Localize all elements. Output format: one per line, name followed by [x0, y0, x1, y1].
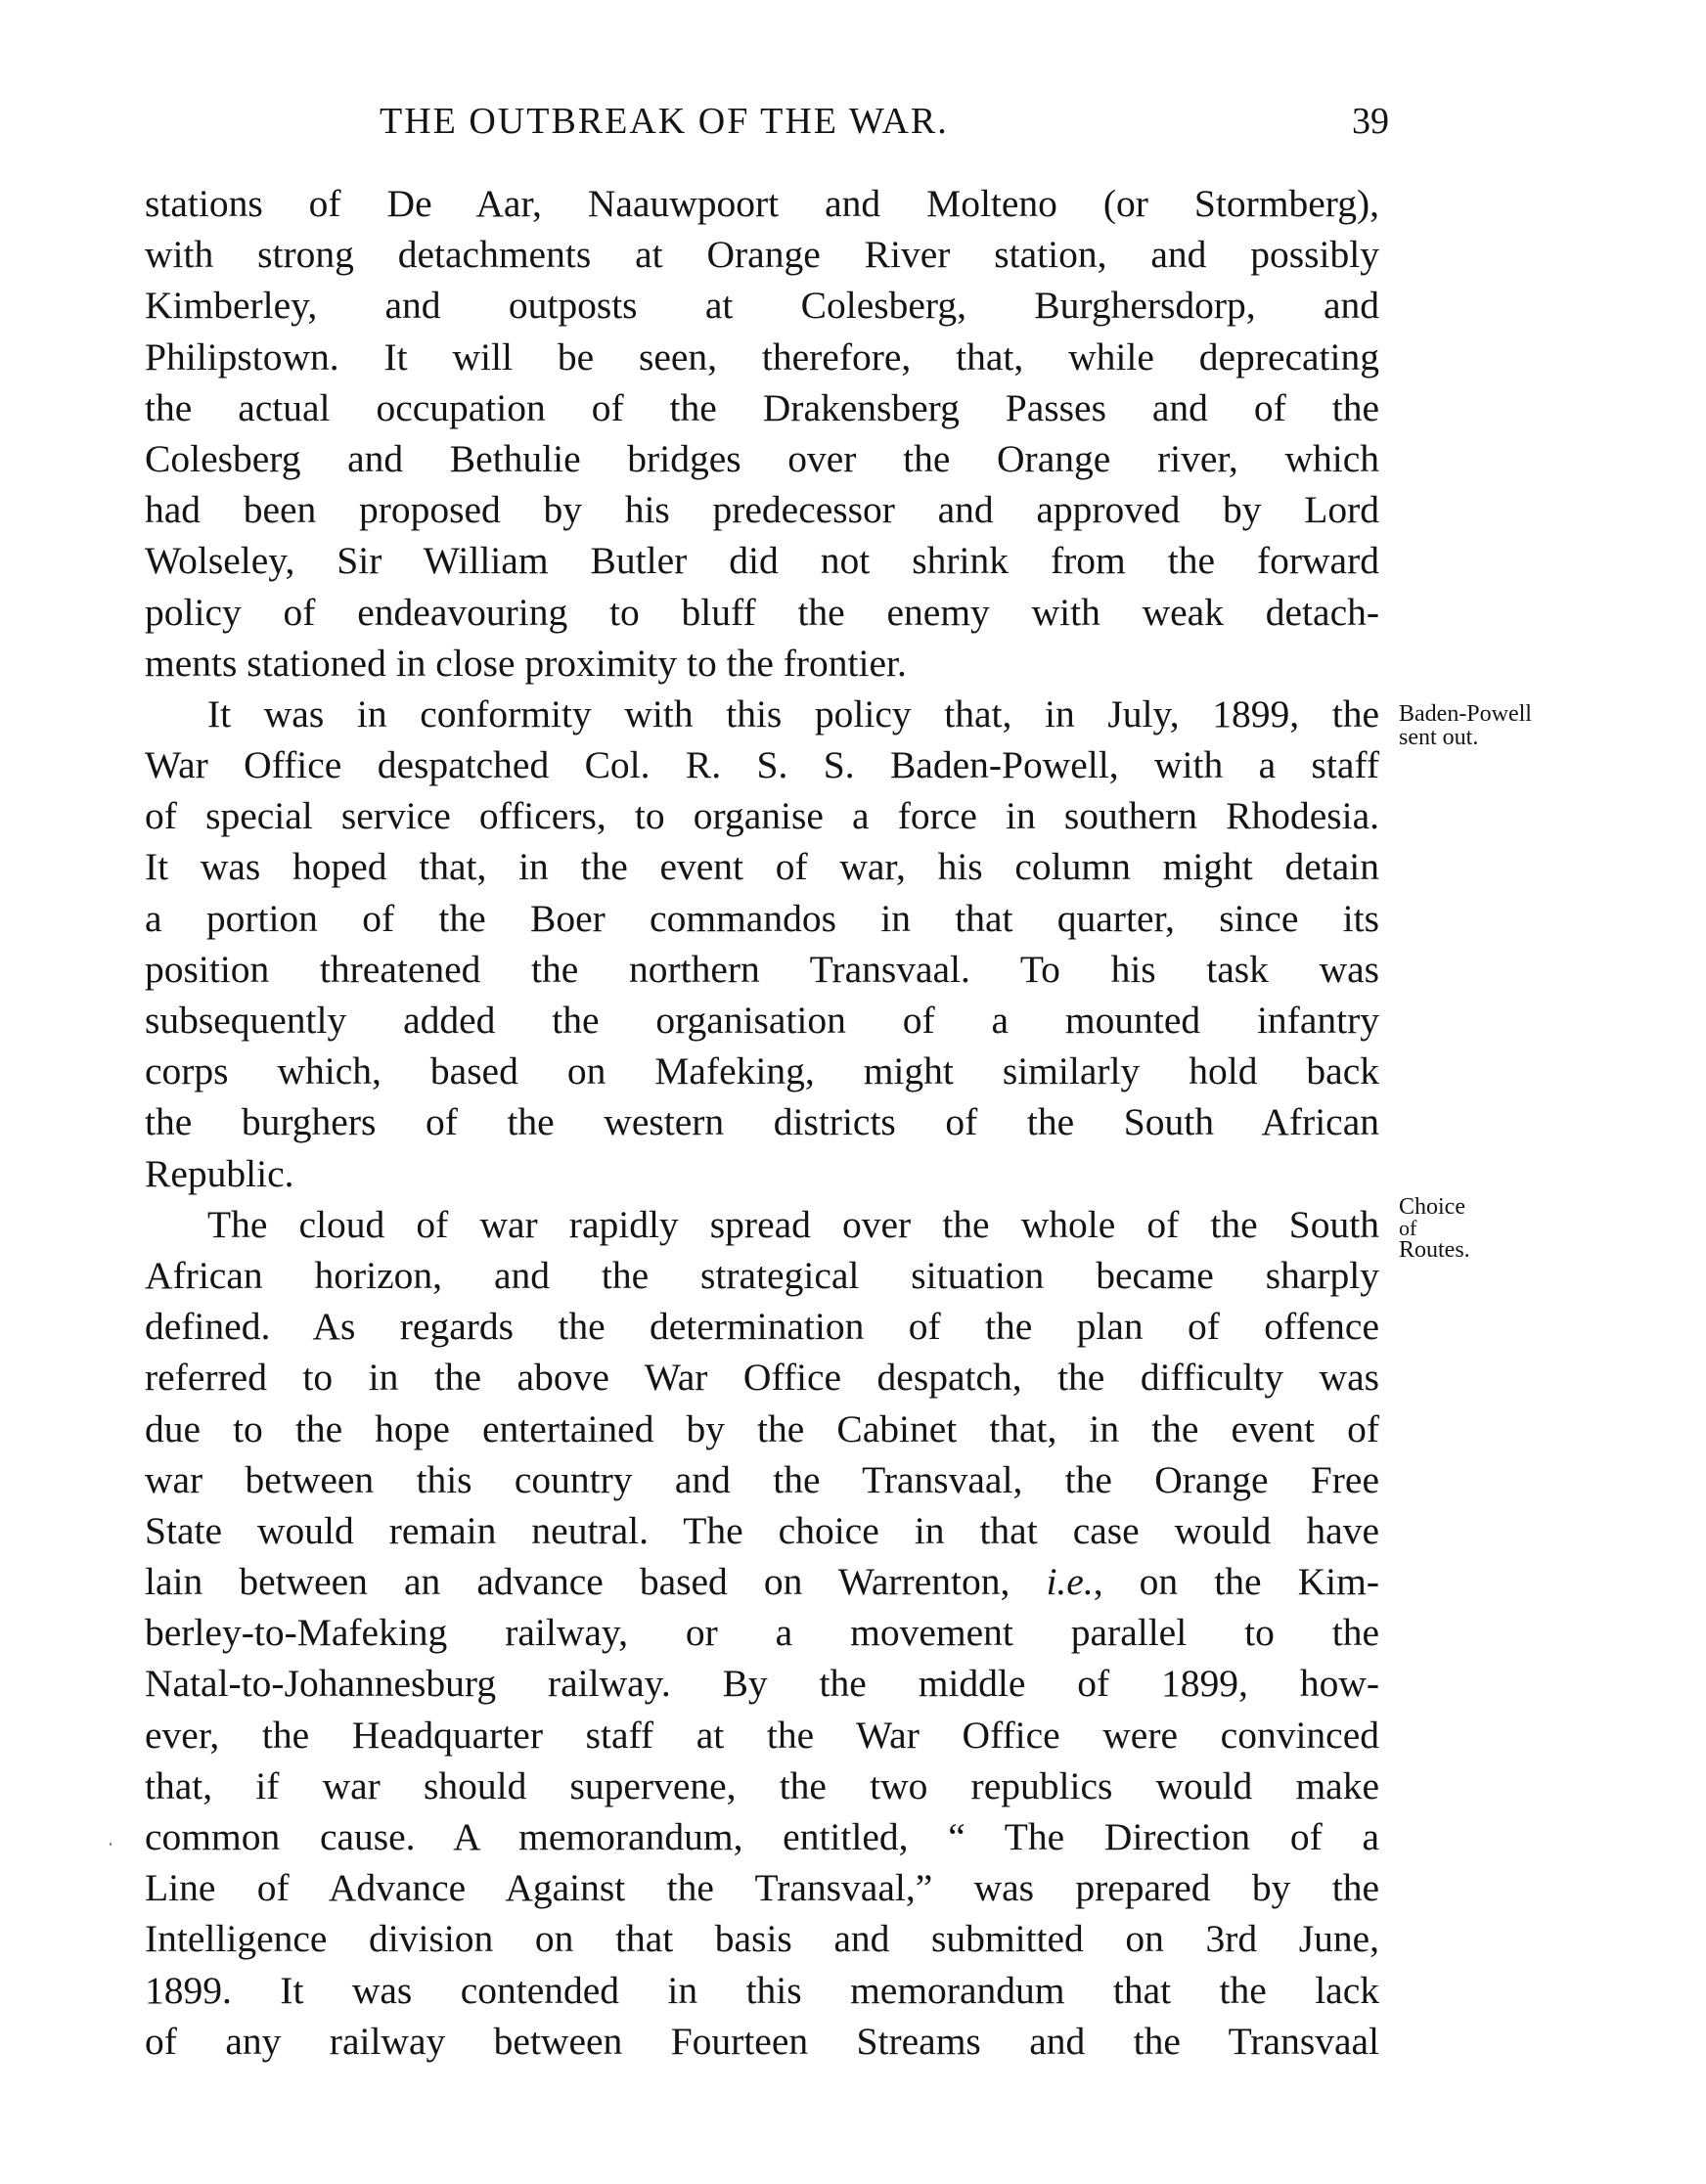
text-line: The cloud of war rapidly spread over the…: [145, 1199, 1379, 1250]
text-line: a portion of the Boer commandos in that …: [145, 893, 1379, 944]
text-line: berley-to-Mafeking railway, or a movemen…: [145, 1607, 1379, 1658]
text-line: referred to in the above War Office desp…: [145, 1352, 1379, 1403]
text-line: stations of De Aar, Naauwpoort and Molte…: [145, 178, 1379, 229]
text-line: corps which, based on Mafeking, might si…: [145, 1046, 1379, 1096]
text-line: had been proposed by his predecessor and…: [145, 484, 1379, 535]
text-line: Natal-to-Johannesburg railway. By the mi…: [145, 1658, 1379, 1709]
text-line: position threatened the northern Transva…: [145, 944, 1379, 995]
text-line: African horizon, and the strategical sit…: [145, 1250, 1379, 1301]
text-line: Line of Advance Against the Transvaal,” …: [145, 1862, 1379, 1913]
margin-note-line: Baden-Powell: [1399, 702, 1692, 726]
italic-abbreviation: i.e.: [1046, 1560, 1093, 1603]
text-line: of special service officers, to organise…: [145, 790, 1379, 841]
text-line: defined. As regards the determination of…: [145, 1301, 1379, 1352]
text-line: with strong detachments at Orange River …: [145, 229, 1379, 280]
text-line: State would remain neutral. The choice i…: [145, 1505, 1379, 1556]
text-line: ments stationed in close proximity to th…: [145, 638, 1379, 689]
text-line: due to the hope entertained by the Cabin…: [145, 1404, 1379, 1454]
text-line: subsequently added the organisation of a…: [145, 995, 1379, 1046]
paragraph-3: The cloud of war rapidly spread over the…: [145, 1199, 1379, 2067]
running-title: THE OUTBREAK OF THE WAR.: [380, 94, 1162, 149]
text-line: Kimberley, and outposts at Colesberg, Bu…: [145, 280, 1379, 331]
margin-note-line: of: [1399, 1219, 1692, 1238]
paragraph-1: stations of De Aar, Naauwpoort and Molte…: [145, 178, 1379, 689]
margin-note-line: Choice: [1399, 1195, 1692, 1219]
text-line: Republic.: [145, 1148, 1379, 1199]
text-line: of any railway between Fourteen Streams …: [145, 2016, 1379, 2067]
margin-note-choice-of-routes: Choice of Routes.: [1399, 1195, 1692, 1262]
text-line: Intelligence division on that basis and …: [145, 1913, 1379, 1964]
paragraph-2: It was in conformity with this policy th…: [145, 689, 1379, 1199]
text-line: ever, the Headquarter staff at the War O…: [145, 1710, 1379, 1761]
text-line: War Office despatched Col. R. S. S. Bade…: [145, 739, 1379, 790]
margin-note-baden-powell: Baden-Powell sent out.: [1399, 702, 1692, 749]
text-line: lain between an advance based on Warrent…: [145, 1556, 1379, 1607]
margin-note-line: sent out.: [1399, 726, 1692, 749]
text-line: 1899. It was contended in this memorandu…: [145, 1965, 1379, 2016]
text-line: It was in conformity with this policy th…: [145, 689, 1379, 739]
text-line: that, if war should supervene, the two r…: [145, 1761, 1379, 1811]
text-line: the actual occupation of the Drakensberg…: [145, 382, 1379, 433]
text-line: Colesberg and Bethulie bridges over the …: [145, 433, 1379, 484]
text-line: policy of endeavouring to bluff the enem…: [145, 587, 1379, 638]
text-line: It was hoped that, in the event of war, …: [145, 841, 1379, 892]
text-line: Philipstown. It will be seen, therefore,…: [145, 332, 1379, 382]
body-text: stations of De Aar, Naauwpoort and Molte…: [145, 178, 1379, 2067]
text-line: common cause. A memorandum, entitled, “ …: [145, 1811, 1379, 1862]
book-page: THE OUTBREAK OF THE WAR. 39 stations of …: [0, 0, 1706, 2184]
page-number: 39: [1330, 94, 1389, 149]
text-line: the burghers of the western districts of…: [145, 1096, 1379, 1147]
margin-note-line: Routes.: [1399, 1238, 1692, 1262]
text-line: Wolseley, Sir William Butler did not shr…: [145, 535, 1379, 586]
print-speck: [110, 1843, 112, 1846]
text-line: war between this country and the Transva…: [145, 1454, 1379, 1505]
